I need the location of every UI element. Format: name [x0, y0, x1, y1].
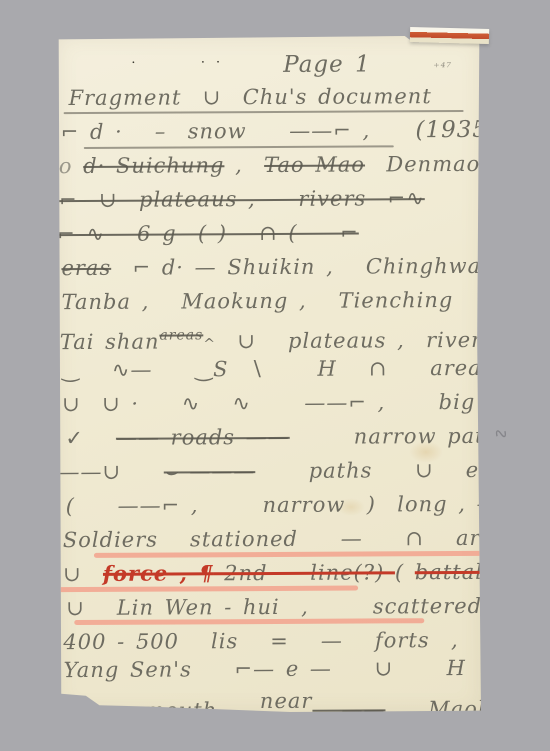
handwriting-segment: Shuikin , Chinghwa ,	[227, 254, 499, 279]
handwriting-segment: ✓	[65, 426, 116, 450]
title-line: Fragment ∪ Chu's document	[55, 79, 479, 115]
handwriting-segment: Tao Mao	[264, 152, 365, 177]
line-taishan: Tai shanareas^ ∪ plateaus , rivers	[57, 317, 481, 353]
handwriting-segment: Denmao , –	[365, 152, 521, 177]
handwriting-segment: Fragment ∪ Chu's document	[68, 84, 431, 110]
photo-backdrop: · ·· Page 1 ⁺⁴⁷Fragment ∪ Chu's document…	[0, 0, 550, 751]
line-narrow-long: ( ——⌐ , narrow ) long , ——	[58, 487, 482, 523]
line-linwenhui: ∪ Lin Wen - hui , scattered pᵗ houses ,	[58, 589, 482, 625]
handwriting-segment: Maokung	[385, 697, 535, 722]
handwriting-segment: battalions	[415, 560, 531, 585]
handwriting-segment: 2nd line(?)	[213, 560, 395, 585]
handwriting-segment: ∪	[63, 562, 103, 586]
handwriting-segment: Tanba , Maokung , Tienching	[62, 288, 454, 314]
line-force: ∪ force , ¶ 2nd line(?) ( battalions )	[58, 555, 482, 591]
handwriting-segment: —— roads ——	[116, 425, 290, 450]
line-shorthand-struck: ⌐ ∿ 6 g ( ) ∩ ( ⌐	[56, 215, 480, 251]
handwriting-segment: river mouth	[67, 698, 260, 723]
handwriting-segment: (	[395, 560, 415, 584]
handwriting-segment: ⌐ ∪ plateaus , rivers ⌐∿	[59, 186, 425, 212]
line-suichung: o d· Suichung , Tao Mao Denmao , –	[56, 147, 480, 183]
handwriting-segment: )	[531, 560, 550, 584]
handwriting-segment: · ··	[131, 55, 249, 71]
handwriting-segment: areas	[159, 327, 203, 343]
red-underline-mark	[99, 715, 429, 722]
line-yangsen: Yang Sen's ⌐— e — ∪ H – ( ,	[58, 651, 482, 687]
handwriting-segment: paths ∪ e ⌐	[255, 458, 508, 483]
line-areas-shorthand: ‿ ∿— ‿S ∖ H ∩ areas	[57, 351, 481, 387]
line-shuikin: eras ⌐ d· — Shuikin , Chinghwa ,	[56, 249, 480, 285]
handwriting-segment: ∪ plateaus , rivers	[216, 328, 494, 353]
handwriting-segment: Tai shan	[60, 330, 160, 355]
handwriting-segment: 400 - 500 lis = — forts ,	[63, 628, 458, 654]
handwriting-segment: o	[59, 154, 83, 178]
handwriting-segment: force , ¶	[103, 560, 214, 586]
handwriting-segment: ( ——⌐ , narrow ) long , ——	[66, 492, 521, 518]
line-1935: ⌐ d · – snow ——⌐ , (1935)	[56, 113, 480, 149]
handwriting-segment: eras	[61, 256, 111, 280]
line-big-rivers: ∪ ∪ · ∿ ∿ ——⌐ , big rivers	[57, 385, 481, 421]
handwriting-segment: ⁺⁴⁷	[371, 60, 453, 74]
backdrop-pencil-mark: ∿	[491, 422, 512, 446]
line-rivermouth: river mouth near , —— Maokung	[59, 683, 483, 719]
handwriting-segment: ⌐ d · – snow ——⌐ ,	[61, 118, 371, 144]
line-narrow-paths: ✓ —— roads —— narrow paths ,	[57, 419, 481, 455]
line-paths: ——∪ ⌣ ——— paths ∪ e ⌐	[57, 453, 481, 489]
line-tanba: Tanba , Maokung , Tienching	[57, 283, 481, 319]
line-plateaus-struck: ⌐ ∪ plateaus , rivers ⌐∿	[56, 181, 480, 217]
handwriting-segment: ^	[203, 336, 216, 352]
manuscript-paper: · ·· Page 1 ⁺⁴⁷Fragment ∪ Chu's document…	[57, 36, 481, 712]
handwriting-segment: (1935)	[370, 117, 498, 144]
handwriting-segment: ∪ ∪ · ∿ ∿ ——⌐ , big rivers	[62, 390, 550, 417]
handwriting-segment: ——∪	[58, 460, 163, 485]
handwriting-lines: · ·· Page 1 ⁺⁴⁷Fragment ∪ Chu's document…	[55, 35, 483, 719]
handwriting-segment: ⌐ ∿ 6 g ( ) ∩ ( ⌐	[57, 221, 359, 247]
handwriting-segment: ⌣ ———	[164, 459, 256, 483]
handwriting-segment: , ——	[312, 697, 385, 721]
handwriting-segment: ,	[224, 153, 264, 177]
line-soldiers: Soldiers stationed — ∩ areas	[58, 521, 482, 557]
handwriting-segment: d· Suichung	[83, 153, 224, 178]
handwriting-segment: Soldiers stationed — ∩ areas	[63, 526, 520, 552]
handwriting-segment: near	[260, 689, 313, 714]
handwriting-segment: Yang Sen's ⌐— e — ∪ H – ( ,	[63, 655, 550, 682]
handwriting-segment: Page 1	[249, 51, 371, 78]
corner-fold	[410, 27, 489, 44]
page-number-line: · ·· Page 1 ⁺⁴⁷	[55, 45, 479, 81]
handwriting-segment: ‿ ∿— ‿S ∖ H ∩ areas	[62, 356, 494, 382]
handwriting-segment: ⌐ d· —	[111, 255, 227, 280]
handwriting-segment: pᵗ houses ,	[503, 600, 550, 616]
handwriting-segment: ∪ Lin Wen - hui , scattered	[66, 594, 503, 620]
